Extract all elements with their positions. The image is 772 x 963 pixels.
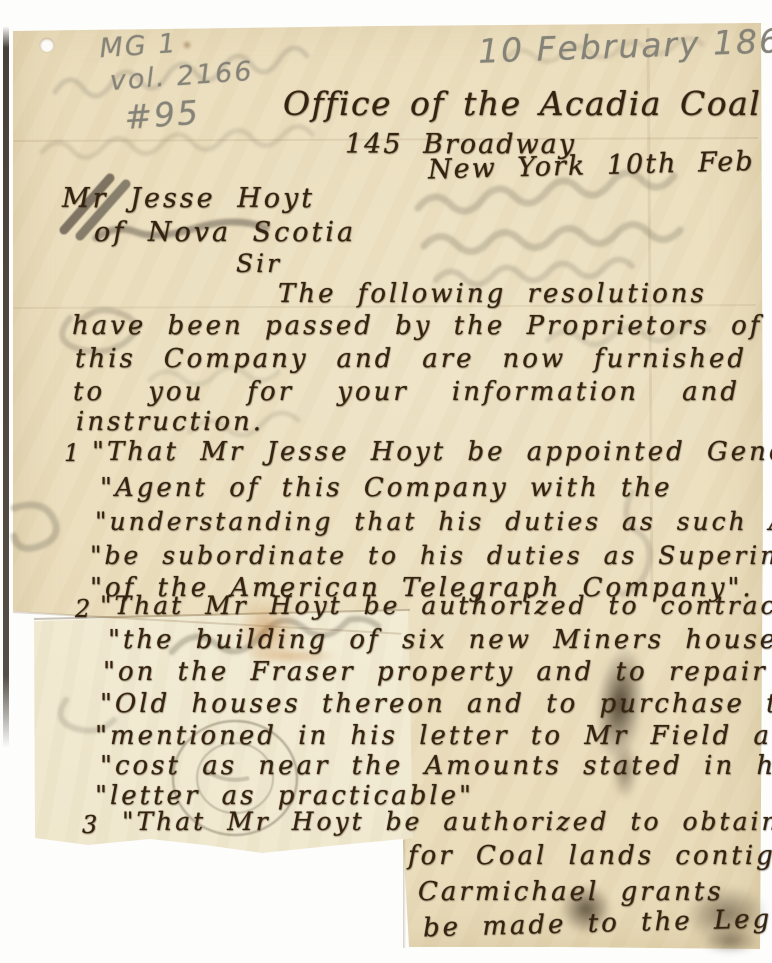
intro-line: The following resolutions — [278, 280, 707, 309]
resolution-line: "Old houses thereon and to purchase tool… — [100, 690, 753, 719]
punch-hole — [40, 38, 54, 52]
resolution-line: "be subordinate to his duties as Superin… — [90, 542, 750, 570]
resolution-2-marker: 2 — [75, 596, 93, 622]
resolution-line: "Agent of this Company with the — [100, 474, 620, 503]
resolution-line: "That Mr Hoyt be authorized to contract … — [100, 592, 755, 620]
resolution-line: "understanding that his duties as such A… — [95, 508, 740, 536]
intro-line: have been passed by the Proprietors of — [72, 312, 742, 341]
scanned-letter-page: MG 1 vol. 2166 #95 10 February 1865 Offi… — [0, 0, 772, 963]
resolution-line: "the building of six new Miners houses — [108, 626, 743, 655]
salutation: Sir — [236, 250, 282, 278]
resolution-line: "mentioned in his letter to Mr Field at … — [95, 722, 735, 751]
resolution-line: "on the Fraser property and to repair th… — [103, 658, 743, 687]
resolution-line: Carmichael grants — [418, 878, 724, 907]
resolution-line: "That Mr Hoyt be authorized to obtain Mi… — [122, 808, 748, 836]
archive-reference-note: MG 1 vol. 2166 #95 — [99, 23, 258, 138]
resolution-line: "That Mr Jesse Hoyt be appointed General — [92, 438, 752, 467]
resolution-1-marker: 1 — [64, 440, 82, 466]
letterhead-office-line: Office of the Acadia Coal Co — [283, 86, 772, 122]
recipient-place-line: of Nova Scotia — [94, 218, 356, 248]
intro-line: instruction. — [76, 408, 264, 437]
recipient-name-line: Mr Jesse Hoyt — [62, 184, 315, 214]
resolution-line: for Coal lands contiguous — [408, 842, 730, 871]
resolution-3-marker: 3 — [82, 812, 100, 838]
tear-vertical-edge — [403, 840, 406, 948]
intro-line: this Company and are now furnished — [75, 345, 747, 374]
resolution-line: "cost as near the Amounts stated in his — [100, 752, 755, 781]
scan-edge-shadow — [3, 26, 9, 748]
intro-line: to you for your information and — [73, 378, 740, 407]
